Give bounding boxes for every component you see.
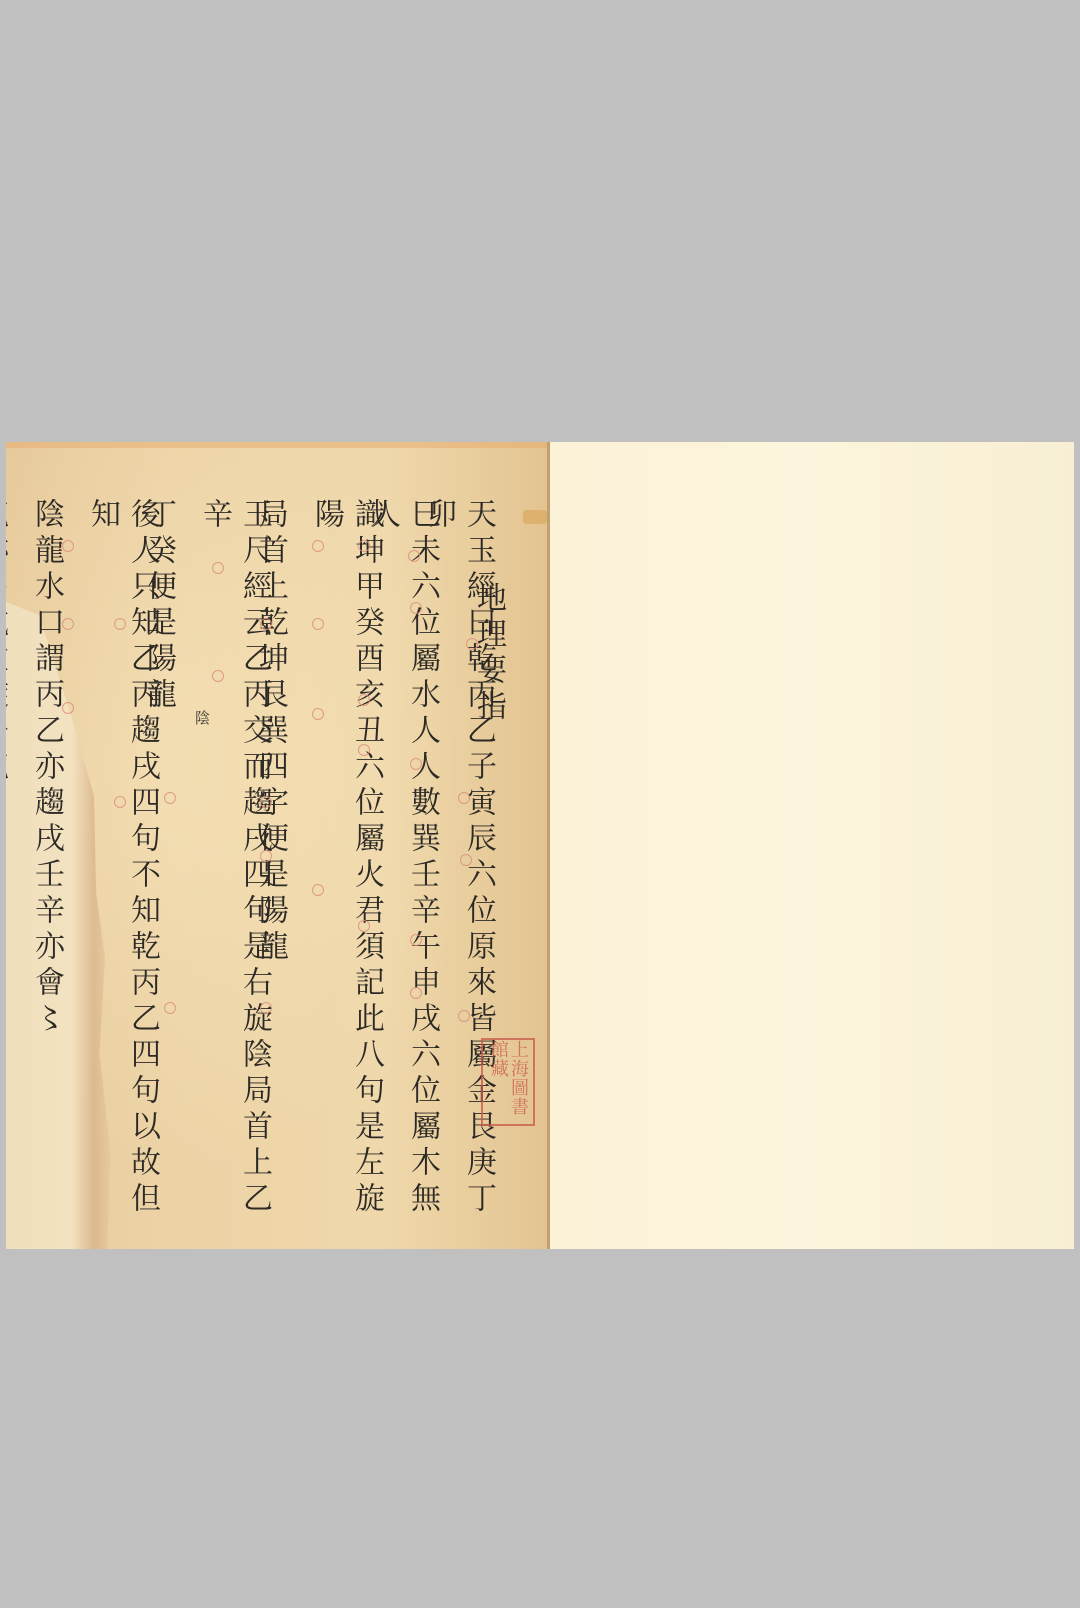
- document-viewer: 地理要指 天玉經曰乾丙乙子寅辰六位原來皆屬金艮庚丁卯 巳未六位屬水人人數巽壬辛午…: [0, 0, 1080, 1608]
- text-column-9: 龍亦出戌左旋壬龍〻: [6, 498, 10, 822]
- punctuation-circle: [312, 708, 324, 720]
- punctuation-circle: [62, 618, 74, 630]
- text-column-5: 玉尺經云乙丙交而趨戌四句是右旋陰局首上乙辛: [194, 498, 274, 1249]
- punctuation-circle: [62, 540, 74, 552]
- punctuation-circle: [410, 758, 422, 770]
- punctuation-circle: [458, 792, 470, 804]
- punctuation-circle: [358, 920, 370, 932]
- punctuation-circle: [358, 744, 370, 756]
- punctuation-circle: [410, 934, 422, 946]
- punctuation-circle: [164, 1002, 176, 1014]
- left-page: 地理要指 天玉經曰乾丙乙子寅辰六位原來皆屬金艮庚丁卯 巳未六位屬水人人數巽壬辛午…: [6, 442, 547, 1249]
- text-column-3: 識坤甲癸酉亥丑六位屬火君須記此八句是左旋陽: [306, 498, 386, 1249]
- punctuation-circle: [312, 540, 324, 552]
- punctuation-circle: [358, 540, 370, 552]
- right-page-blank: [550, 442, 1074, 1249]
- book-spread: 地理要指 天玉經曰乾丙乙子寅辰六位原來皆屬金艮庚丁卯 巳未六位屬水人人數巽壬辛午…: [6, 442, 1074, 1249]
- text-column-8: 陰龍水口謂丙乙亦趨戌壬辛亦會〻: [26, 498, 66, 1038]
- punctuation-circle: [114, 618, 126, 630]
- punctuation-circle: [260, 1002, 272, 1014]
- punctuation-circle: [410, 602, 422, 614]
- punctuation-circle: [358, 694, 370, 706]
- punctuation-circle: [260, 850, 272, 862]
- punctuation-circle: [312, 618, 324, 630]
- punctuation-circle: [458, 1010, 470, 1022]
- punctuation-circle: [212, 562, 224, 574]
- punctuation-circle: [62, 702, 74, 714]
- interlinear-annotation: 陰: [182, 710, 222, 725]
- punctuation-circle: [312, 884, 324, 896]
- punctuation-circle: [114, 796, 126, 808]
- punctuation-circle: [410, 987, 422, 999]
- punctuation-circle: [164, 792, 176, 804]
- punctuation-circle: [466, 638, 478, 650]
- punctuation-circle: [260, 796, 272, 808]
- library-seal: 上海圖書館藏: [481, 1038, 535, 1126]
- punctuation-circle: [408, 550, 420, 562]
- text-column-7: 後人只知乙丙趨戌四句不知乾丙乙四句以故但知: [82, 498, 162, 1249]
- paper-stain: [523, 510, 547, 524]
- punctuation-circle: [260, 618, 272, 630]
- punctuation-circle: [212, 670, 224, 682]
- punctuation-circle: [460, 854, 472, 866]
